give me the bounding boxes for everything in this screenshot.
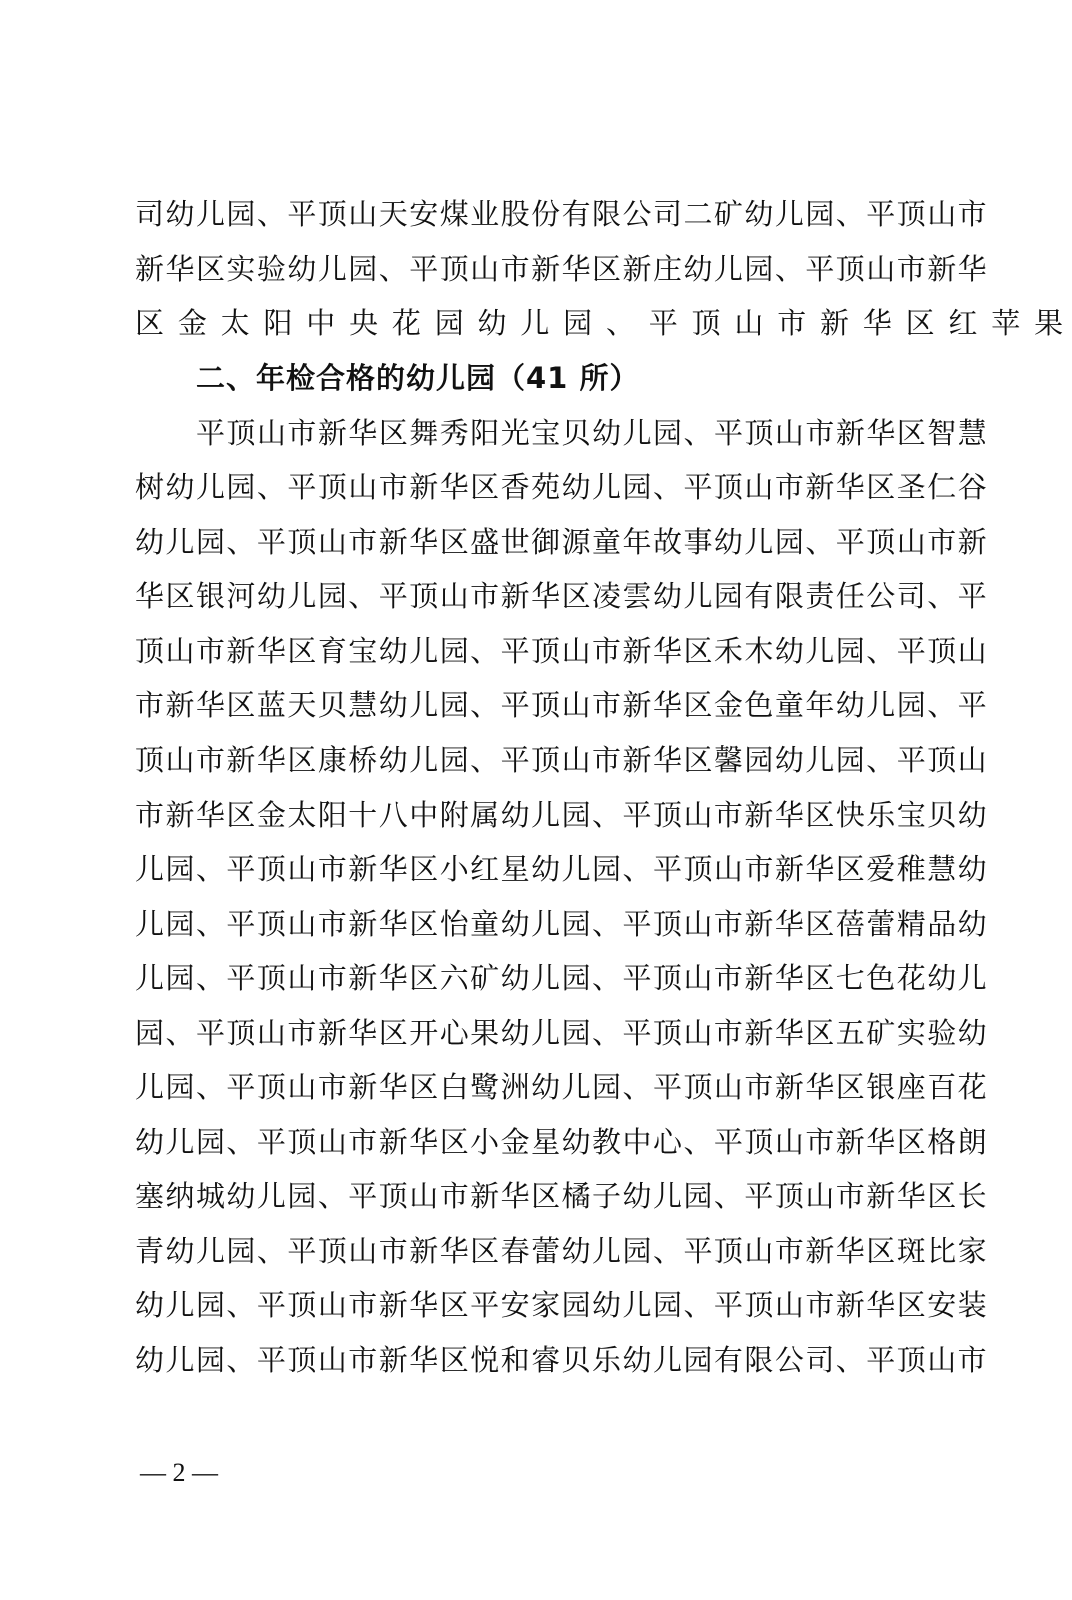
text-line: 园、平顶山市新华区开心果幼儿园、平顶山市新华区五矿实验幼 [135, 1013, 987, 1053]
text-line: 幼儿园、平顶山市新华区小金星幼教中心、平顶山市新华区格朗 [135, 1122, 987, 1162]
text-line: 幼儿园、平顶山市新华区平安家园幼儿园、平顶山市新华区安装 [135, 1285, 987, 1325]
text-line: 顶山市新华区康桥幼儿园、平顶山市新华区馨园幼儿园、平顶山 [135, 740, 987, 780]
text-line: 塞纳城幼儿园、平顶山市新华区橘子幼儿园、平顶山市新华区长 [135, 1176, 987, 1216]
text-line: 儿园、平顶山市新华区白鹭洲幼儿园、平顶山市新华区银座百花 [135, 1067, 987, 1107]
text-line: 青幼儿园、平顶山市新华区春蕾幼儿园、平顶山市新华区斑比家 [135, 1231, 987, 1271]
text-line: 市新华区金太阳十八中附属幼儿园、平顶山市新华区快乐宝贝幼 [135, 795, 987, 835]
text-line: 市新华区蓝天贝慧幼儿园、平顶山市新华区金色童年幼儿园、平 [135, 685, 987, 725]
text-line: 区金太阳中央花园幼儿园、平顶山市新华区红苹果幼儿园。 [135, 303, 987, 343]
text-line: 顶山市新华区育宝幼儿园、平顶山市新华区禾木幼儿园、平顶山 [135, 631, 987, 671]
text-line: 平顶山市新华区舞秀阳光宝贝幼儿园、平顶山市新华区智慧 [196, 413, 987, 453]
text-line: 新华区实验幼儿园、平顶山市新华区新庄幼儿园、平顶山市新华 [135, 249, 987, 289]
section-heading: 二、年检合格的幼儿园（41 所） [196, 358, 639, 398]
text-line: 幼儿园、平顶山市新华区悦和睿贝乐幼儿园有限公司、平顶山市 [135, 1340, 987, 1380]
text-line: 儿园、平顶山市新华区六矿幼儿园、平顶山市新华区七色花幼儿 [135, 958, 987, 998]
text-line: 华区银河幼儿园、平顶山市新华区凌雲幼儿园有限责任公司、平 [135, 576, 987, 616]
text-line: 儿园、平顶山市新华区小红星幼儿园、平顶山市新华区爱稚慧幼 [135, 849, 987, 889]
text-line: 树幼儿园、平顶山市新华区香苑幼儿园、平顶山市新华区圣仁谷 [135, 467, 987, 507]
document-page: 司幼儿园、平顶山天安煤业股份有限公司二矿幼儿园、平顶山市 新华区实验幼儿园、平顶… [0, 0, 1072, 1600]
text-line: 幼儿园、平顶山市新华区盛世御源童年故事幼儿园、平顶山市新 [135, 522, 987, 562]
text-line: 司幼儿园、平顶山天安煤业股份有限公司二矿幼儿园、平顶山市 [135, 194, 987, 234]
text-line: 儿园、平顶山市新华区怡童幼儿园、平顶山市新华区蓓蕾精品幼 [135, 904, 987, 944]
page-number: — 2 — [140, 1455, 218, 1491]
